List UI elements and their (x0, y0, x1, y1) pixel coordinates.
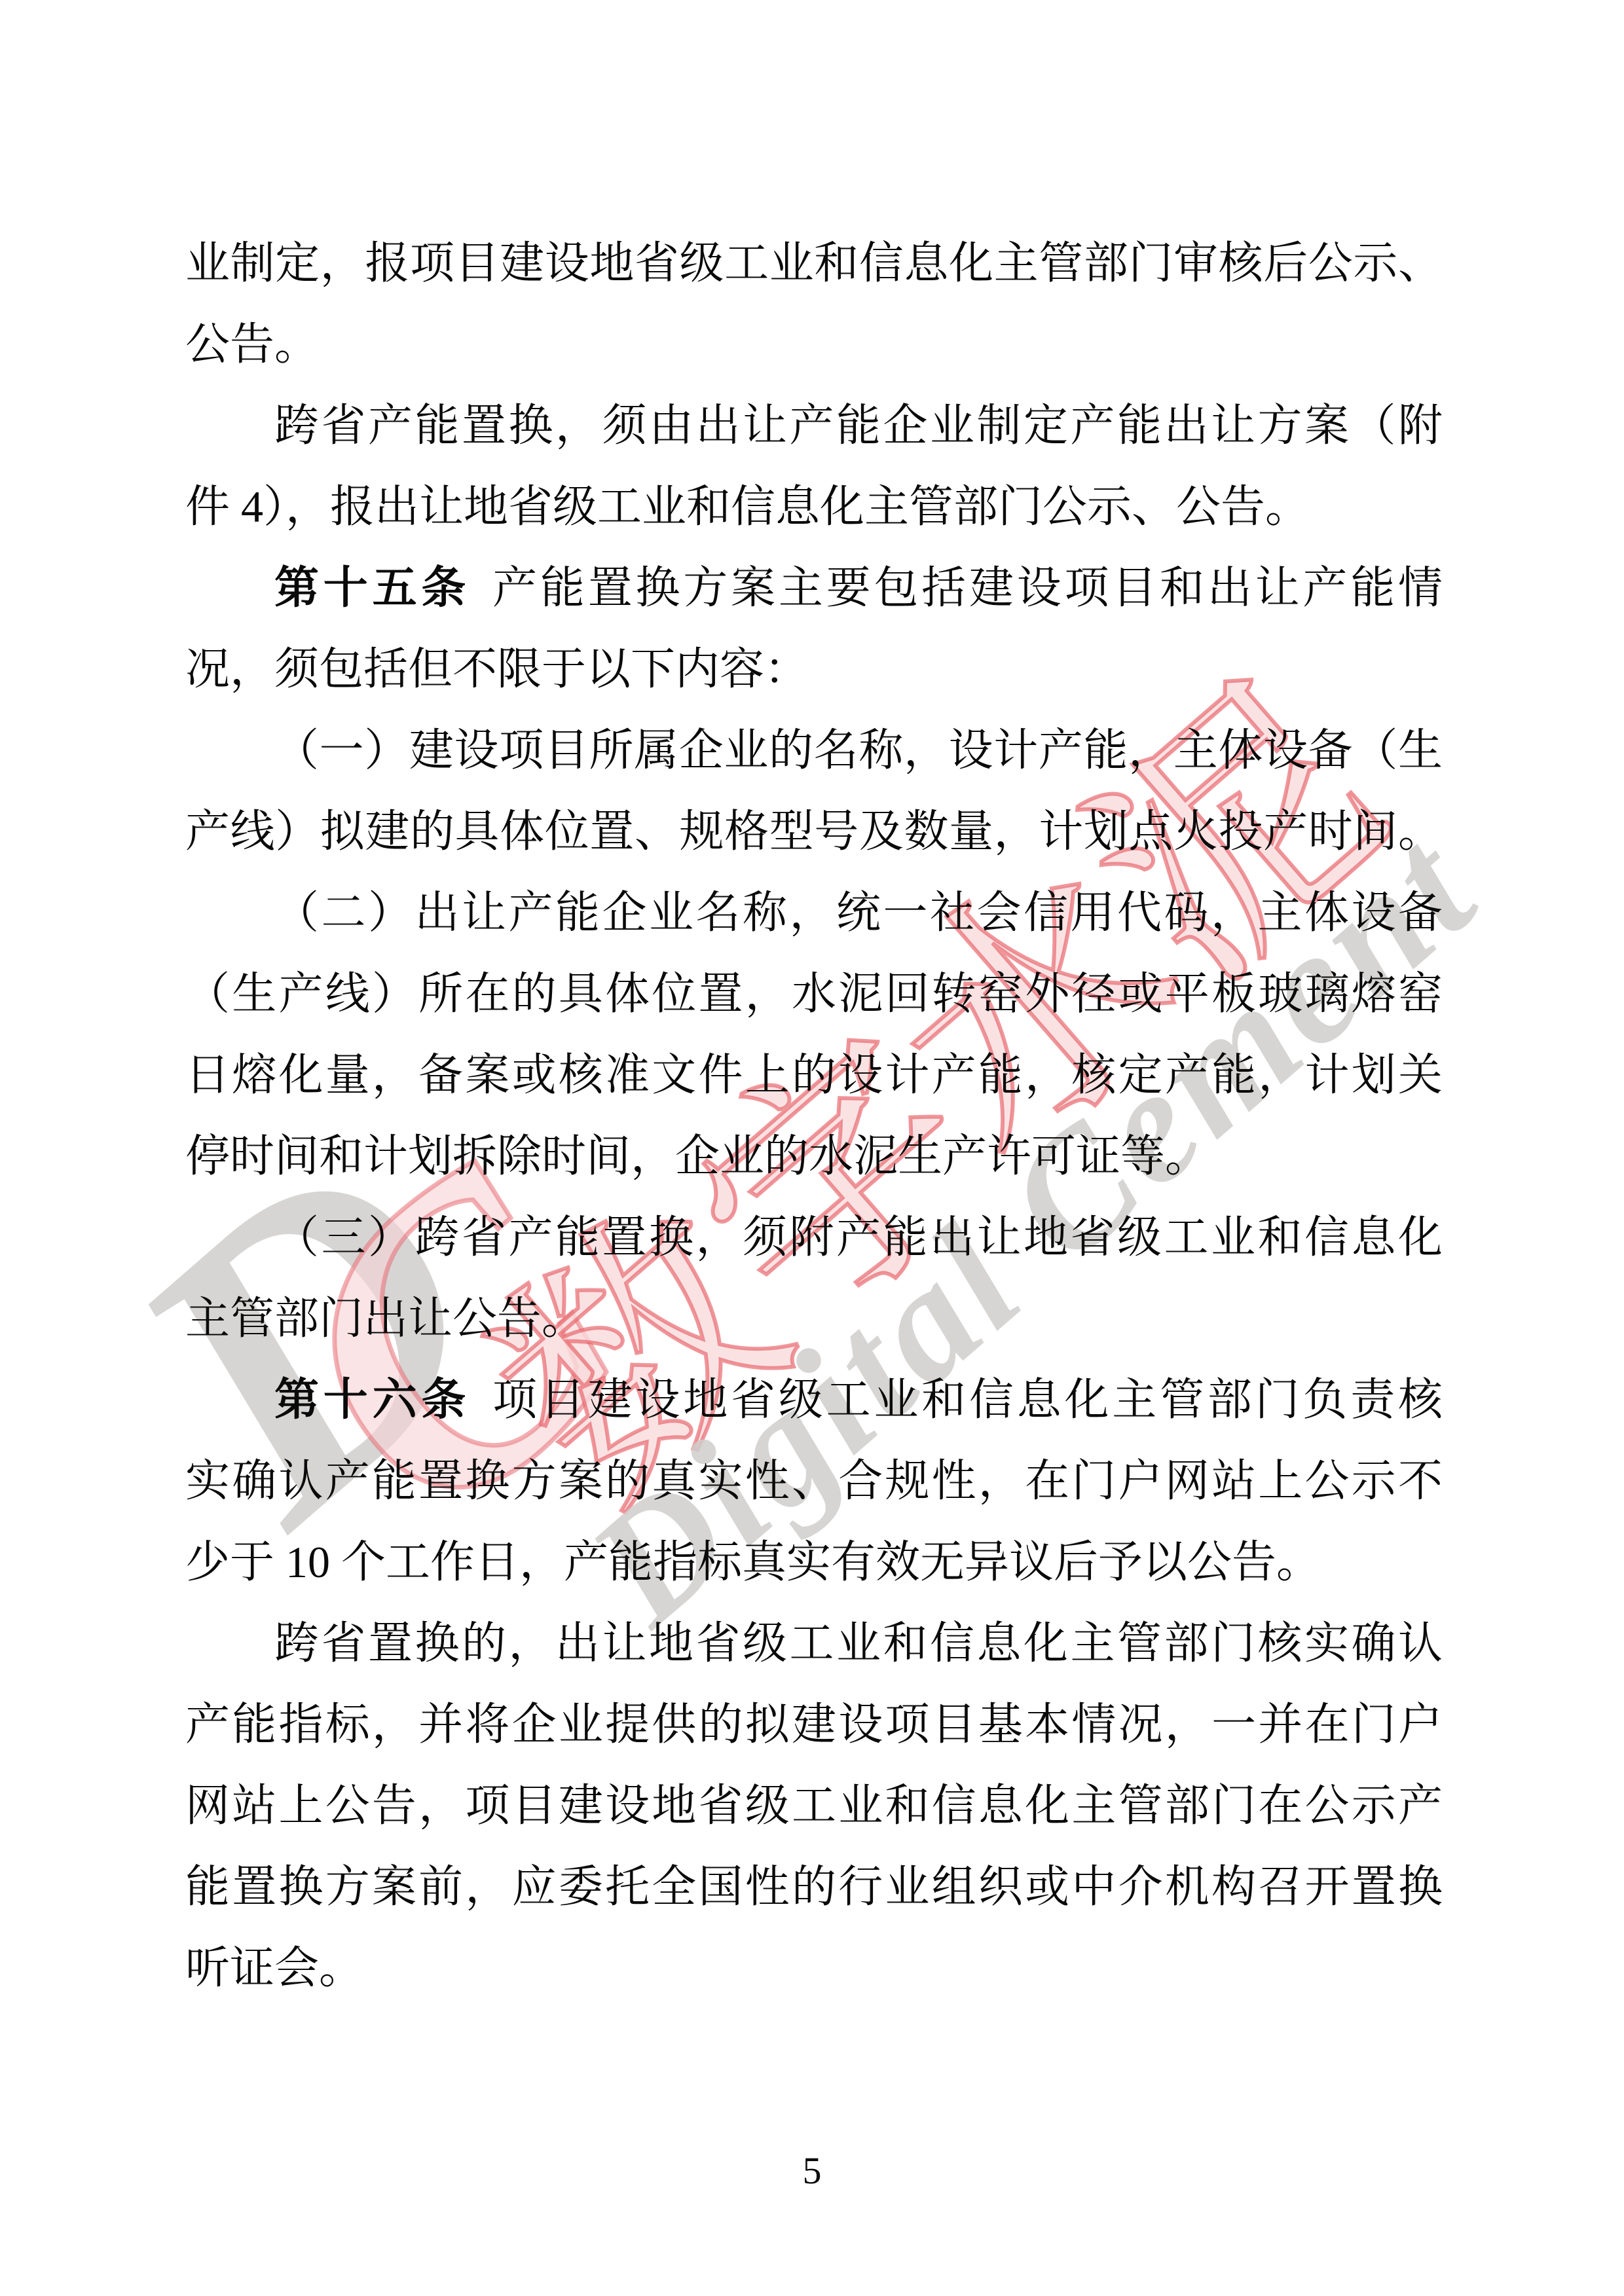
text-line: 公告。 (185, 304, 1443, 385)
text-line: 网站上公告，项目建设地省级工业和信息化主管部门在公示产 (185, 1765, 1443, 1846)
text-line: 产线）拟建的具体位置、规格型号及数量，计划点火投产时间。 (185, 791, 1443, 872)
line-text: 少于 10 个工作日，产能指标真实有效无异议后予以公告。 (185, 1537, 1321, 1587)
line-text: （一）建设项目所属企业的名称，设计产能，主体设备（生 (274, 725, 1443, 775)
text-line: 停时间和计划拆除时间，企业的水泥生产许可证等。 (185, 1116, 1443, 1197)
line-text: 项目建设地省级工业和信息化主管部门负责核 (492, 1375, 1443, 1425)
text-line: 第十五条产能置换方案主要包括建设项目和出让产能情 (185, 547, 1443, 629)
line-text: （三）跨省产能置换，须附产能出让地省级工业和信息化 (274, 1212, 1443, 1262)
text-line: （三）跨省产能置换，须附产能出让地省级工业和信息化 (185, 1197, 1443, 1278)
text-line: 产能指标，并将企业提供的拟建设项目基本情况，一并在门户 (185, 1684, 1443, 1765)
line-text: 产能指标，并将企业提供的拟建设项目基本情况，一并在门户 (185, 1700, 1443, 1749)
line-text: 能置换方案前，应委托全国性的行业组织或中介机构召开置换 (185, 1862, 1443, 1912)
line-text: 跨省置换的，出让地省级工业和信息化主管部门核实确认 (274, 1618, 1443, 1668)
line-text: 跨省产能置换，须由出让产能企业制定产能出让方案（附 (274, 401, 1443, 450)
document-page: DC 数字水泥 Digital Cement 业制定，报项目建设地省级工业和信息… (0, 0, 1624, 2296)
line-text: 产能置换方案主要包括建设项目和出让产能情 (492, 563, 1443, 613)
line-text: 公告。 (185, 319, 319, 369)
text-line: 能置换方案前，应委托全国性的行业组织或中介机构召开置换 (185, 1846, 1443, 1927)
line-text: 日熔化量，备案或核准文件上的设计产能，核定产能，计划关 (185, 1050, 1443, 1100)
text-line: 实确认产能置换方案的真实性、合规性，在门户网站上公示不 (185, 1440, 1443, 1522)
text-line: 跨省置换的，出让地省级工业和信息化主管部门核实确认 (185, 1603, 1443, 1684)
line-text: 况，须包括但不限于以下内容： (185, 644, 809, 694)
line-text: 实确认产能置换方案的真实性、合规性，在门户网站上公示不 (185, 1456, 1443, 1506)
line-text: 听证会。 (185, 1943, 363, 1993)
text-line: 听证会。 (185, 1927, 1443, 2009)
text-line: 况，须包括但不限于以下内容： (185, 629, 1443, 710)
line-text: （二）出让产能企业名称，统一社会信用代码，主体设备 (274, 888, 1443, 938)
article-number: 第十五条 (274, 563, 470, 613)
document-body: 业制定，报项目建设地省级工业和信息化主管部门审核后公示、公告。跨省产能置换，须由… (185, 223, 1443, 2009)
text-line: 第十六条项目建设地省级工业和信息化主管部门负责核 (185, 1359, 1443, 1440)
line-text: 停时间和计划拆除时间，企业的水泥生产许可证等。 (185, 1131, 1209, 1181)
text-line: （一）建设项目所属企业的名称，设计产能，主体设备（生 (185, 710, 1443, 791)
line-text: 产线）拟建的具体位置、规格型号及数量，计划点火投产时间。 (185, 807, 1443, 856)
line-text: 主管部门出让公告。 (185, 1294, 586, 1343)
article-number: 第十六条 (274, 1375, 470, 1425)
line-text: 件 4），报出让地省级工业和信息化主管部门公示、公告。 (185, 482, 1310, 532)
line-text: （生产线）所在的具体位置，水泥回转窑外径或平板玻璃熔窑 (185, 969, 1443, 1019)
text-line: 日熔化量，备案或核准文件上的设计产能，核定产能，计划关 (185, 1034, 1443, 1116)
text-line: （二）出让产能企业名称，统一社会信用代码，主体设备 (185, 872, 1443, 953)
line-text: 网站上公告，项目建设地省级工业和信息化主管部门在公示产 (185, 1781, 1443, 1831)
text-line: 跨省产能置换，须由出让产能企业制定产能出让方案（附 (185, 385, 1443, 466)
text-line: 少于 10 个工作日，产能指标真实有效无异议后予以公告。 (185, 1522, 1443, 1603)
text-line: 业制定，报项目建设地省级工业和信息化主管部门审核后公示、 (185, 223, 1443, 304)
text-line: （生产线）所在的具体位置，水泥回转窑外径或平板玻璃熔窑 (185, 953, 1443, 1034)
text-line: 主管部门出让公告。 (185, 1278, 1443, 1359)
page-number: 5 (0, 2149, 1624, 2193)
line-text: 业制定，报项目建设地省级工业和信息化主管部门审核后公示、 (185, 238, 1443, 288)
text-line: 件 4），报出让地省级工业和信息化主管部门公示、公告。 (185, 466, 1443, 547)
